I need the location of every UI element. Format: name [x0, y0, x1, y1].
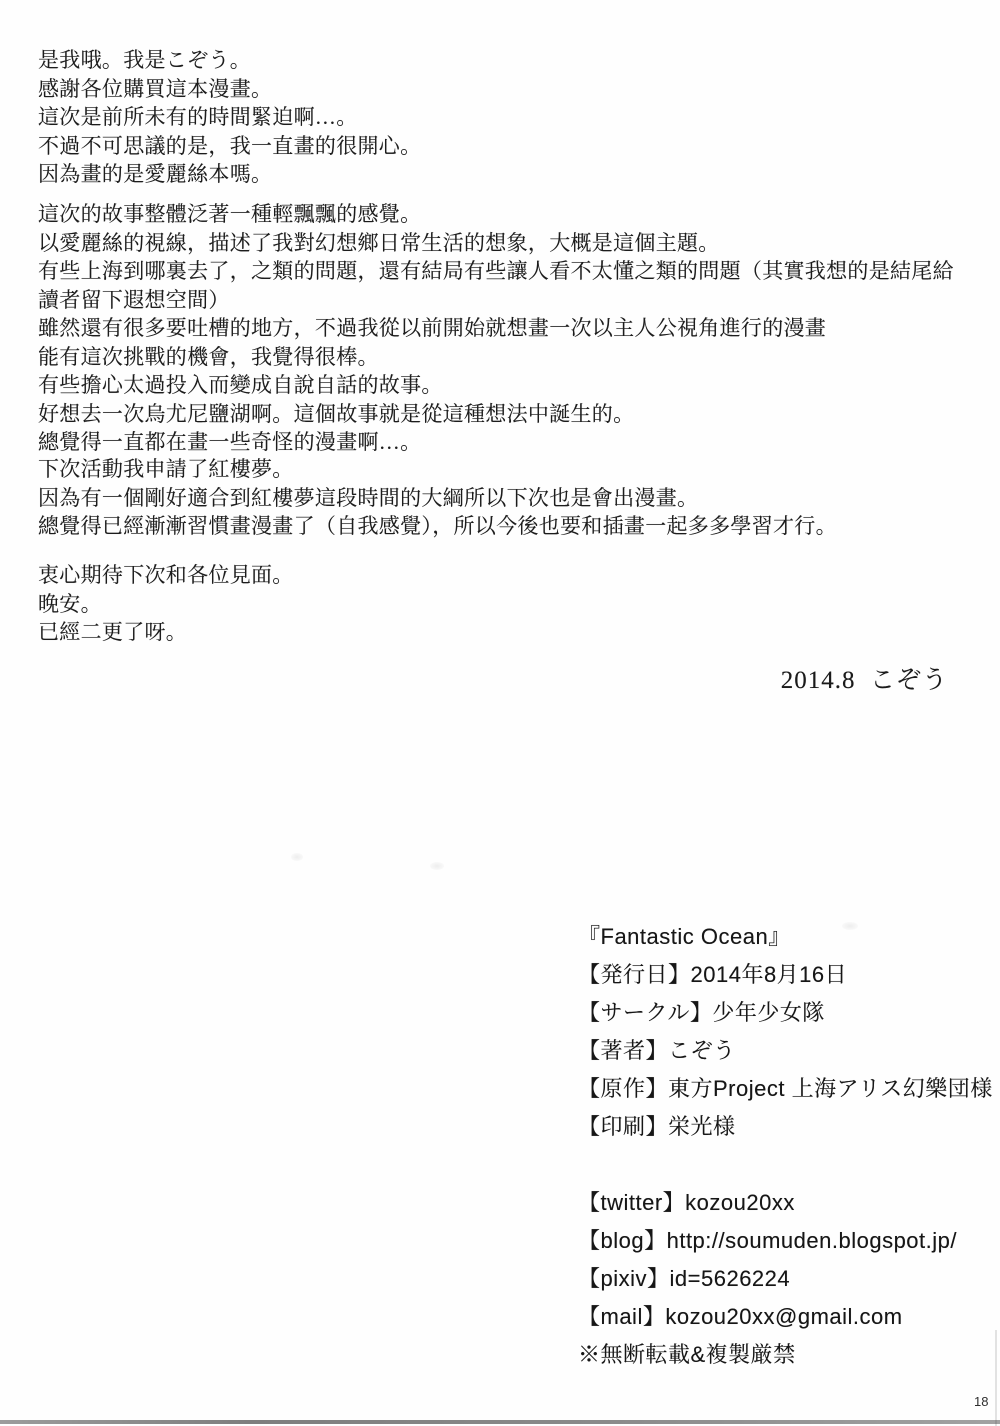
- text-line: 因為畫的是愛麗絲本嗎。: [38, 160, 968, 189]
- scan-edge-bottom-band: [0, 1420, 1000, 1424]
- colophon-contact-info: 【twitter】kozou20xx【blog】http://soumuden.…: [578, 1184, 988, 1336]
- scan-speck: [842, 922, 858, 930]
- text-line: 能有這次挑戰的機會，我覺得很棒。: [38, 343, 968, 372]
- text-line: 好想去一次烏尤尼鹽湖啊。這個故事就是從這種想法中誕生的。: [38, 400, 968, 429]
- text-line: 有些上海到哪裏去了，之類的問題，還有結局有些讓人看不太懂之類的問題（其實我想的是…: [38, 257, 968, 286]
- scan-speck: [291, 853, 303, 861]
- colophon-publication-info: 【発行日】2014年8月16日【サークル】少年少女隊【著者】こぞう【原作】東方P…: [578, 956, 988, 1146]
- text-line: 雖然還有很多要吐槽的地方，不過我從以前開始就想畫一次以主人公視角進行的漫畫: [38, 314, 968, 343]
- text-line: 已經二更了呀。: [38, 618, 968, 647]
- text-line: 有些擔心太過投入而變成自說自話的故事。: [38, 371, 968, 400]
- text-line: 總覺得已經漸漸習慣畫漫畫了（自我感覺），所以今後也要和插畫一起多多學習才行。: [38, 512, 968, 541]
- afterword-paragraph-farewell: 衷心期待下次和各位見面。晚安。已經二更了呀。: [38, 561, 968, 647]
- colophon-reproduction-notice: ※無断転載&複製厳禁: [578, 1336, 988, 1374]
- scan-speck: [430, 862, 444, 870]
- text-line: 下次活動我申請了紅樓夢。: [38, 455, 968, 484]
- afterword-paragraph-greeting: 是我哦。我是こぞう。感謝各位購買這本漫畫。這次是前所未有的時間緊迫啊…。不過不可…: [38, 46, 968, 189]
- text-line: 【twitter】kozou20xx: [578, 1184, 988, 1222]
- text-line: 因為有一個剛好適合到紅樓夢這段時間的大綱所以下次也是會出漫畫。: [38, 484, 968, 513]
- text-line: 總覺得一直都在畫一些奇怪的漫畫啊…。: [38, 428, 968, 457]
- colophon-book-title: 『Fantastic Ocean』: [578, 918, 988, 956]
- text-line: 【blog】http://soumuden.blogspot.jp/: [578, 1222, 988, 1260]
- page-number: 18: [974, 1394, 988, 1409]
- author-date-signature: 2014.8 こぞう: [781, 660, 948, 696]
- text-line: 以愛麗絲的視線，描述了我對幻想鄉日常生活的想象，大概是這個主題。: [38, 229, 968, 258]
- text-line: 是我哦。我是こぞう。: [38, 46, 968, 75]
- afterword-paragraph-story-notes: 這次的故事整體泛著一種輕飄飄的感覺。以愛麗絲的視線，描述了我對幻想鄉日常生活的想…: [38, 200, 968, 457]
- scanned-afterword-page: 是我哦。我是こぞう。感謝各位購買這本漫畫。這次是前所未有的時間緊迫啊…。不過不可…: [0, 0, 1000, 1426]
- text-line: 讀者留下遐想空間）: [38, 286, 968, 315]
- book-title-text: 『Fantastic Ocean』: [578, 918, 988, 956]
- scan-edge-right-shadow: [995, 1330, 997, 1426]
- text-line: 這次的故事整體泛著一種輕飄飄的感覺。: [38, 200, 968, 229]
- text-line: 【サークル】少年少女隊: [578, 994, 988, 1032]
- text-line: 衷心期待下次和各位見面。: [38, 561, 968, 590]
- reproduction-notice-text: ※無断転載&複製厳禁: [578, 1336, 988, 1374]
- text-line: 【pixiv】id=5626224: [578, 1260, 988, 1298]
- text-line: 【mail】kozou20xx@gmail.com: [578, 1298, 988, 1336]
- text-line: 【印刷】栄光様: [578, 1108, 988, 1146]
- text-line: 這次是前所未有的時間緊迫啊…。: [38, 103, 968, 132]
- text-line: 【発行日】2014年8月16日: [578, 956, 988, 994]
- text-line: 【著者】こぞう: [578, 1032, 988, 1070]
- text-line: 不過不可思議的是，我一直畫的很開心。: [38, 132, 968, 161]
- text-line: 【原作】東方Project 上海アリス幻樂団様: [578, 1070, 988, 1108]
- text-line: 晚安。: [38, 590, 968, 619]
- afterword-paragraph-next-event: 下次活動我申請了紅樓夢。因為有一個剛好適合到紅樓夢這段時間的大綱所以下次也是會出…: [38, 455, 968, 541]
- text-line: 感謝各位購買這本漫畫。: [38, 75, 968, 104]
